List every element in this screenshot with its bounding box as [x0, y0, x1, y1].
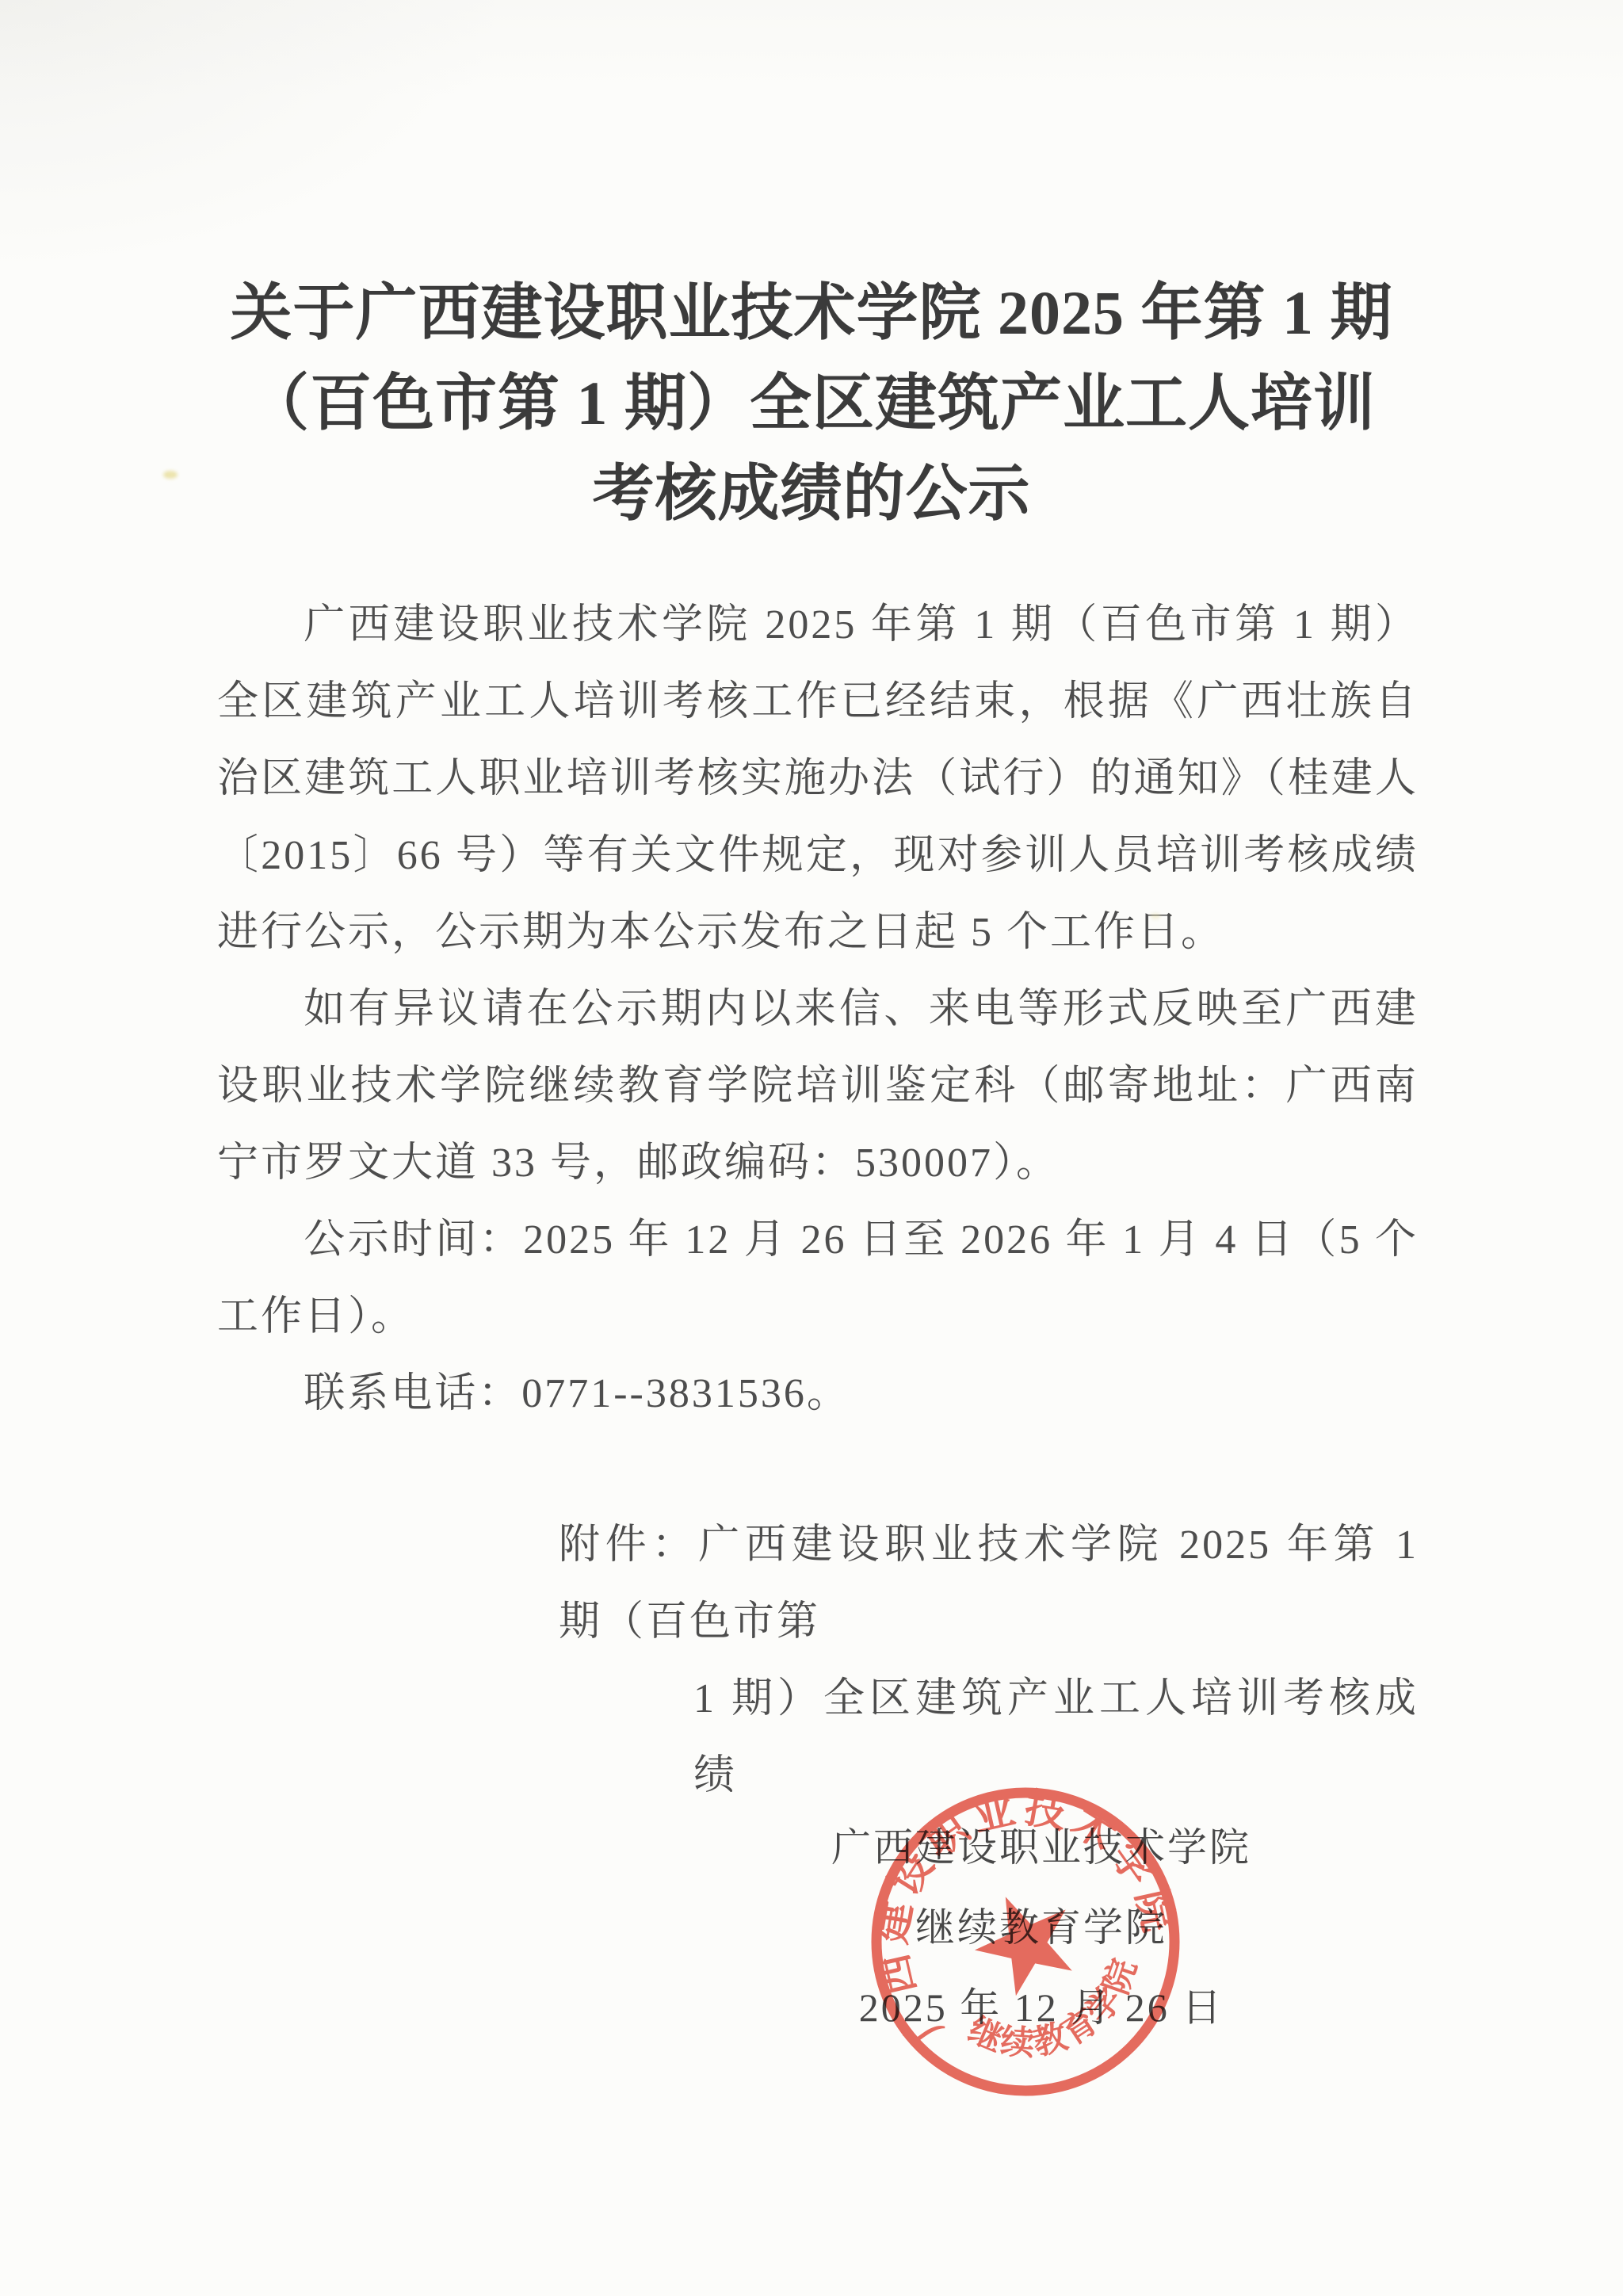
signature-date: 2025 年 12 月 26 日: [811, 1968, 1271, 2048]
paragraph-intro: 广西建设职业技术学院 2025 年第 1 期（百色市第 1 期）全区建筑产业工人…: [217, 586, 1419, 971]
title-line-2: （百色市第 1 期）全区建筑产业工人培训: [0, 358, 1623, 449]
paragraph-contact-phone: 联系电话：0771--3831536。: [217, 1355, 1419, 1432]
attachment-line-2: 1 期）全区建筑产业工人培训考核成绩: [217, 1660, 1419, 1814]
document-body: 广西建设职业技术学院 2025 年第 1 期（百色市第 1 期）全区建筑产业工人…: [217, 586, 1419, 1814]
signature-org-line-1: 广西建设职业技术学院: [811, 1808, 1271, 1888]
paragraph-objection: 如有异议请在公示期内以来信、来电等形式反映至广西建设职业技术学院继续教育学院培训…: [217, 971, 1419, 1201]
attachment-note: 附件：广西建设职业技术学院 2025 年第 1 期（百色市第 1 期）全区建筑产…: [217, 1507, 1419, 1814]
title-line-3: 考核成绩的公示: [0, 449, 1623, 539]
document-title: 关于广西建设职业技术学院 2025 年第 1 期 （百色市第 1 期）全区建筑产…: [0, 0, 1623, 539]
attachment-line-1: 附件：广西建设职业技术学院 2025 年第 1 期（百色市第: [217, 1507, 1419, 1660]
signature-block: 广西建设职业技术学院 继续教育学院 2025 年 12 月 26 日: [811, 1808, 1271, 2048]
paragraph-publicity-period: 公示时间：2025 年 12 月 26 日至 2026 年 1 月 4 日（5 …: [217, 1201, 1419, 1355]
document-page: 关于广西建设职业技术学院 2025 年第 1 期 （百色市第 1 期）全区建筑产…: [0, 0, 1623, 2296]
title-line-1: 关于广西建设职业技术学院 2025 年第 1 期: [0, 268, 1623, 358]
signature-org-line-2: 继续教育学院: [811, 1888, 1271, 1968]
